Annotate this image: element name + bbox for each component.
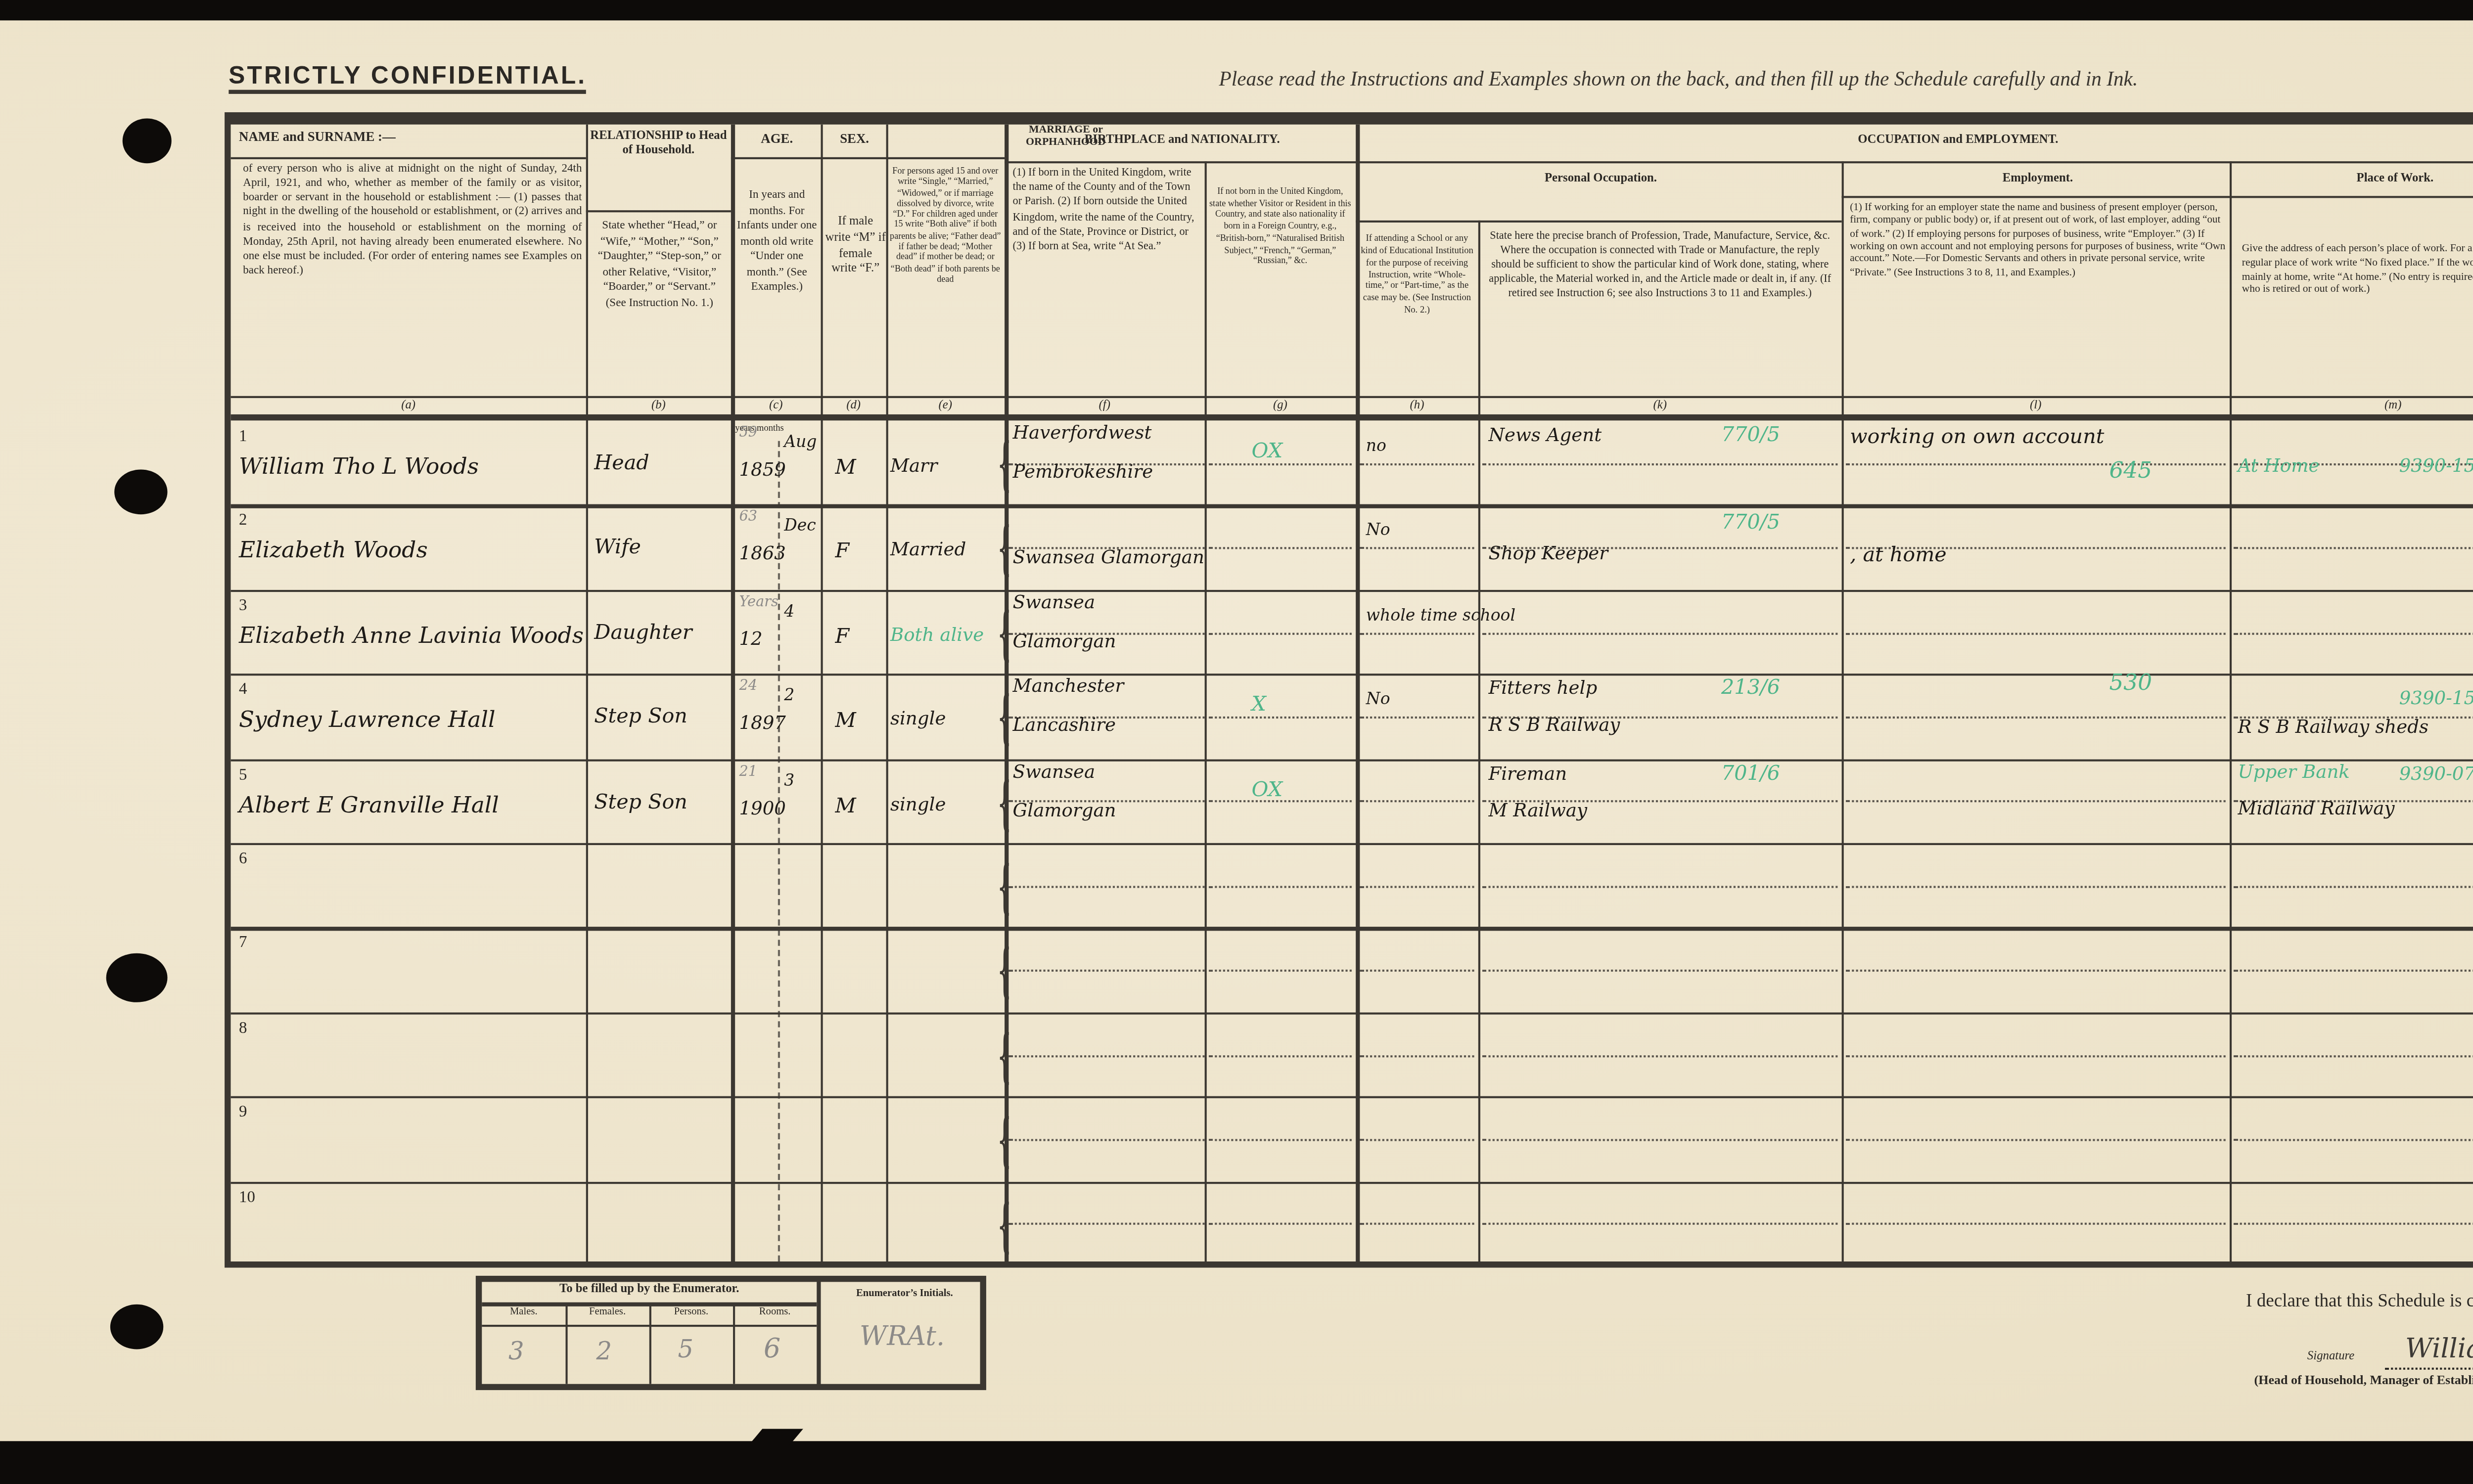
row-midline	[1846, 716, 2226, 718]
rooms-header: Rooms.	[733, 1308, 817, 1319]
age-note[interactable]: 21	[739, 763, 757, 779]
header-personal-occupation: Personal Occupation.	[1360, 174, 1841, 187]
row-number: 6	[239, 849, 247, 867]
row-midline	[1360, 1054, 1474, 1056]
birthplace-value[interactable]: Swansea Glamorgan	[1013, 550, 1204, 570]
row-divider	[230, 1181, 2473, 1183]
binding-hole	[123, 118, 172, 163]
sex-value[interactable]: M	[835, 795, 856, 817]
row-brace: {	[997, 429, 1011, 501]
header-rule	[1842, 196, 2473, 198]
header-employment: Employment.	[1846, 174, 2230, 187]
age-years-value[interactable]: 1900	[739, 799, 786, 819]
row-midline	[1360, 885, 1474, 887]
column-label-k: (k)	[1478, 400, 1842, 412]
occupation-value[interactable]: Shop Keeper	[1488, 546, 1608, 566]
row-midline	[1482, 1139, 1837, 1141]
age-months-value[interactable]: 4	[784, 602, 794, 620]
school-attendance-value[interactable]: no	[1366, 437, 1386, 455]
binding-hole	[110, 1304, 163, 1349]
row-midline	[1209, 547, 1352, 549]
column-label-f: (f)	[1005, 400, 1205, 412]
marriage-value[interactable]: single	[890, 711, 946, 731]
row-midline	[1209, 1139, 1352, 1141]
row-midline	[1360, 547, 1474, 549]
signature-value[interactable]: William Thomas Lindsay Woods	[2405, 1335, 2473, 1366]
header-sex-instructions: If male write “M” if female write “F.”	[825, 217, 886, 280]
occupation-code[interactable]: 213/6	[1721, 678, 1780, 700]
header-occupation-group: OCCUPATION and EMPLOYMENT.	[1360, 135, 2473, 148]
row-divider	[230, 589, 2473, 592]
employment-value[interactable]: , at home	[1850, 546, 1947, 568]
occupation-code[interactable]: 701/6	[1721, 763, 1780, 785]
binding-hole	[106, 953, 168, 1002]
enumerator-divider	[817, 1280, 821, 1386]
column-label-a: (a)	[230, 400, 586, 412]
workplace-value[interactable]: Upper Bank	[2238, 763, 2350, 783]
header-place-of-work-instructions: Give the address of each person’s place …	[2242, 243, 2473, 298]
row-number: 4	[239, 680, 247, 698]
row-midline	[1008, 970, 1204, 972]
row-midline	[1482, 970, 1837, 972]
header-rule	[1356, 221, 1842, 223]
age-months-value[interactable]: 3	[784, 771, 794, 789]
census-schedule-page: STRICTLY CONFIDENTIAL. Please read the I…	[0, 0, 2473, 1484]
age-years-value[interactable]: 12	[739, 630, 762, 651]
signature-line	[2385, 1368, 2473, 1370]
header-nationality-instructions: If not born in the United Kingdom, state…	[1209, 186, 1352, 268]
age-months-value[interactable]: Dec	[784, 517, 816, 536]
header-birthplace-instructions: (1) If born in the United Kingdom, write…	[1013, 167, 1201, 255]
marriage-value[interactable]: Both alive	[890, 626, 984, 646]
row-midline	[2234, 1139, 2473, 1141]
header-relationship-instructions: State whether “Head,” or “Wife,” “Mother…	[592, 221, 727, 313]
column-label-m: (m)	[2230, 400, 2473, 412]
col-divider	[586, 125, 588, 1261]
marriage-value[interactable]: Married	[890, 542, 966, 562]
enumerator-initials-label: Enumerator’s Initials.	[825, 1290, 984, 1301]
col-divider	[1356, 125, 1360, 1261]
row-divider	[230, 759, 2473, 761]
row-midline	[1846, 1223, 2226, 1225]
row-midline	[1360, 463, 1474, 465]
marriage-value[interactable]: Marr	[890, 457, 938, 478]
enumerator-initials-value[interactable]: WRAt.	[860, 1323, 945, 1353]
occupation-code[interactable]: 770/5	[1721, 513, 1780, 536]
birthplace-value[interactable]: Swansea	[1013, 593, 1096, 614]
males-value[interactable]: 3	[508, 1337, 524, 1366]
employment-code[interactable]: 645	[2109, 457, 2152, 484]
employment-value[interactable]: working on own account	[1850, 427, 2104, 449]
workplace-code[interactable]: 9390-15	[2399, 690, 2473, 711]
birthplace-value[interactable]: Glamorgan	[1013, 802, 1116, 822]
page-top-shadow	[0, 0, 2473, 20]
row-midline	[2234, 632, 2473, 634]
header-occupation-instructions: State here the precise branch of Profess…	[1484, 230, 1835, 302]
row-midline	[1209, 716, 1352, 718]
row-midline	[1846, 885, 2226, 887]
row-midline	[1360, 632, 1474, 634]
age-years-value[interactable]: 1863	[739, 546, 786, 566]
occupation-value[interactable]: R S B Railway	[1488, 717, 1620, 737]
marriage-value[interactable]: single	[890, 795, 946, 815]
form-instructions: Please read the Instructions and Example…	[1219, 69, 2138, 91]
nationality-value[interactable]: OX	[1252, 779, 1283, 801]
nationality-value[interactable]: OX	[1252, 441, 1283, 463]
row-midline	[1209, 1054, 1352, 1056]
row-midline	[1482, 885, 1837, 887]
header-name: NAME and SURNAME :—	[239, 131, 582, 146]
row-number: 2	[239, 511, 247, 530]
column-label-g: (g)	[1205, 400, 1356, 412]
age-years-value[interactable]: 1859	[739, 461, 786, 482]
binding-hole	[114, 469, 167, 514]
occupation-value[interactable]: M Railway	[1488, 802, 1587, 822]
relationship-value[interactable]: Head	[594, 453, 649, 475]
row-midline	[2234, 970, 2473, 972]
header-rule	[731, 157, 1005, 159]
occupation-value[interactable]: Fitters help	[1488, 680, 1597, 700]
header-sex: SEX.	[823, 133, 886, 148]
birthplace-value[interactable]: Swansea	[1013, 763, 1096, 783]
row-midline	[1209, 632, 1352, 634]
row-divider	[230, 843, 2473, 846]
enumerator-totals-box: To be filled up by the Enumerator. Enume…	[476, 1276, 986, 1390]
occupation-value[interactable]: Fireman	[1488, 764, 1567, 785]
header-name-instructions: of every person who is alive at midnight…	[243, 163, 582, 280]
row-midline	[1482, 1223, 1837, 1225]
header-age-instructions: In years and months. For Infants under o…	[735, 190, 819, 298]
nationality-value[interactable]: X	[1252, 694, 1266, 717]
row-brace: {	[997, 851, 1011, 923]
relationship-value[interactable]: Wife	[594, 538, 641, 560]
row-number: 3	[239, 596, 247, 614]
row-midline	[1360, 970, 1474, 972]
row-brace: {	[997, 513, 1011, 585]
row-midline	[1360, 801, 1474, 803]
row-brace: {	[997, 682, 1011, 754]
person-name[interactable]: Elizabeth Woods	[239, 538, 428, 564]
row-number: 10	[239, 1187, 255, 1206]
relationship-value[interactable]: Daughter	[594, 622, 692, 644]
sex-value[interactable]: F	[835, 542, 849, 564]
row-divider	[230, 1012, 2473, 1015]
column-label-e: (e)	[886, 400, 1005, 412]
row-midline	[1846, 463, 2226, 465]
signature-label: Signature	[2307, 1351, 2354, 1364]
age-note[interactable]: 63	[739, 509, 757, 525]
row-midline	[2234, 1223, 2473, 1225]
person-name[interactable]: Elizabeth Anne Lavinia Woods	[239, 622, 584, 649]
row-midline	[2234, 1054, 2473, 1056]
header-rule	[1005, 161, 1356, 163]
row-midline	[1008, 1223, 1204, 1225]
persons-value[interactable]: 5	[678, 1335, 694, 1364]
column-label-h: (h)	[1356, 400, 1478, 412]
employment-code[interactable]: 530	[2109, 670, 2152, 697]
header-age: AGE.	[735, 133, 819, 148]
row-midline	[2234, 716, 2473, 718]
row-midline	[1482, 632, 1837, 634]
row-midline	[1482, 1054, 1837, 1056]
row-number: 5	[239, 764, 247, 783]
row-midline	[1008, 1054, 1204, 1056]
declaration-text: I declare that this Schedule is correctl…	[2246, 1290, 2473, 1310]
relationship-value[interactable]: Step Son	[594, 791, 687, 813]
row-midline	[1008, 547, 1204, 549]
col-divider	[1478, 221, 1480, 1261]
header-rule	[586, 210, 731, 212]
row-midline	[1846, 970, 2226, 972]
signature-caption: (Head of Household, Manager of Establish…	[2254, 1374, 2473, 1388]
row-midline	[1209, 885, 1352, 887]
age-note[interactable]: 24	[739, 678, 757, 694]
workplace-value[interactable]: R S B Railway sheds	[2238, 719, 2429, 739]
row-divider	[230, 505, 2473, 507]
age-months-value[interactable]: 2	[784, 686, 794, 705]
header-rule	[1356, 161, 2473, 163]
header-place-of-work: Place of Work.	[2234, 174, 2473, 187]
sex-value[interactable]: M	[835, 457, 856, 480]
household-schedule-table: NAME and SURNAME :— of every person who …	[225, 112, 2473, 1267]
row-brace: {	[997, 1020, 1011, 1092]
occupation-value[interactable]: News Agent	[1488, 427, 1602, 447]
workplace-code[interactable]: 9390-15	[2399, 457, 2473, 478]
school-attendance-value[interactable]: No	[1366, 690, 1390, 709]
person-name[interactable]: Sydney Lawrence Hall	[239, 707, 495, 733]
page-bottom-shadow	[0, 1441, 2473, 1484]
row-brace: {	[997, 1189, 1011, 1261]
row-midline	[1209, 1223, 1352, 1225]
column-label-b: (b)	[586, 400, 731, 412]
header-marriage-instructions: For persons aged 15 and over write “Sing…	[888, 165, 1003, 284]
birthplace-value[interactable]: Pembrokeshire	[1013, 463, 1153, 484]
row-brace: {	[997, 936, 1011, 1008]
person-name[interactable]: William Tho L Woods	[239, 453, 479, 480]
col-divider	[731, 125, 735, 1261]
row-brace: {	[997, 1105, 1011, 1177]
age-months-value[interactable]: Aug	[784, 433, 817, 451]
row-number: 1	[239, 427, 247, 445]
header-birthplace: BIRTHPLACE and NATIONALITY.	[1008, 135, 1356, 148]
row-number: 9	[239, 1103, 247, 1121]
sex-value[interactable]: F	[835, 626, 849, 648]
col-divider	[821, 125, 823, 1261]
row-midline	[1008, 885, 1204, 887]
females-header: Females.	[566, 1308, 649, 1319]
workplace-code[interactable]: 9390-07	[2399, 764, 2473, 785]
age-note[interactable]: 59	[739, 425, 757, 441]
row-midline	[1846, 632, 2226, 634]
sex-value[interactable]: M	[835, 711, 856, 733]
header-rule	[230, 396, 2473, 398]
row-divider	[230, 1096, 2473, 1099]
relationship-value[interactable]: Step Son	[594, 707, 687, 729]
row-midline	[1209, 970, 1352, 972]
row-brace: {	[997, 598, 1011, 670]
header-education-instructions: If attending a School or any kind of Edu…	[1360, 233, 1474, 316]
col-divider	[886, 125, 888, 1261]
birthplace-value[interactable]: Haverfordwest	[1013, 425, 1152, 445]
row-midline	[2234, 547, 2473, 549]
row-number: 8	[239, 1018, 247, 1036]
persons-header: Persons.	[649, 1308, 733, 1319]
row-number: 7	[239, 934, 247, 952]
person-name[interactable]: Albert E Granville Hall	[239, 791, 499, 818]
header-relationship: RELATIONSHIP to Head of Household.	[590, 131, 727, 159]
row-midline	[1846, 1054, 2226, 1056]
row-midline	[1360, 1223, 1474, 1225]
row-midline	[1482, 463, 1837, 465]
workplace-value[interactable]: Midland Railway	[2238, 799, 2395, 819]
school-attendance-value[interactable]: whole time school	[1366, 606, 1515, 624]
age-note[interactable]: Years	[739, 593, 779, 610]
column-label-d: (d)	[821, 400, 886, 412]
males-header: Males.	[482, 1308, 565, 1319]
header-employment-instructions: (1) If working for an employer state the…	[1850, 202, 2226, 280]
birthplace-value[interactable]: Manchester	[1013, 678, 1124, 698]
age-years-value[interactable]: 1897	[739, 715, 786, 735]
workplace-value[interactable]: At Home	[2238, 457, 2320, 478]
header-bottom-rule	[230, 414, 2473, 420]
column-label-l: (l)	[1842, 400, 2230, 412]
occupation-code[interactable]: 770/5	[1721, 425, 1780, 447]
females-value[interactable]: 2	[596, 1337, 612, 1366]
row-midline	[1360, 1139, 1474, 1141]
enumerator-box-caption: To be filled up by the Enumerator.	[482, 1284, 817, 1296]
header-rule	[230, 157, 586, 159]
row-midline	[2234, 885, 2473, 887]
column-label-c: (c)	[731, 400, 821, 412]
row-midline	[1008, 1139, 1204, 1141]
school-attendance-value[interactable]: No	[1366, 521, 1390, 540]
form-title: STRICTLY CONFIDENTIAL.	[229, 61, 587, 94]
rooms-value[interactable]: 6	[764, 1335, 780, 1366]
row-divider	[230, 928, 2473, 930]
row-midline	[1360, 716, 1474, 718]
birthplace-value[interactable]: Lancashire	[1013, 717, 1116, 737]
row-midline	[1846, 1139, 2226, 1141]
row-brace: {	[997, 766, 1011, 839]
birthplace-value[interactable]: Glamorgan	[1013, 632, 1116, 653]
row-midline	[1846, 801, 2226, 803]
